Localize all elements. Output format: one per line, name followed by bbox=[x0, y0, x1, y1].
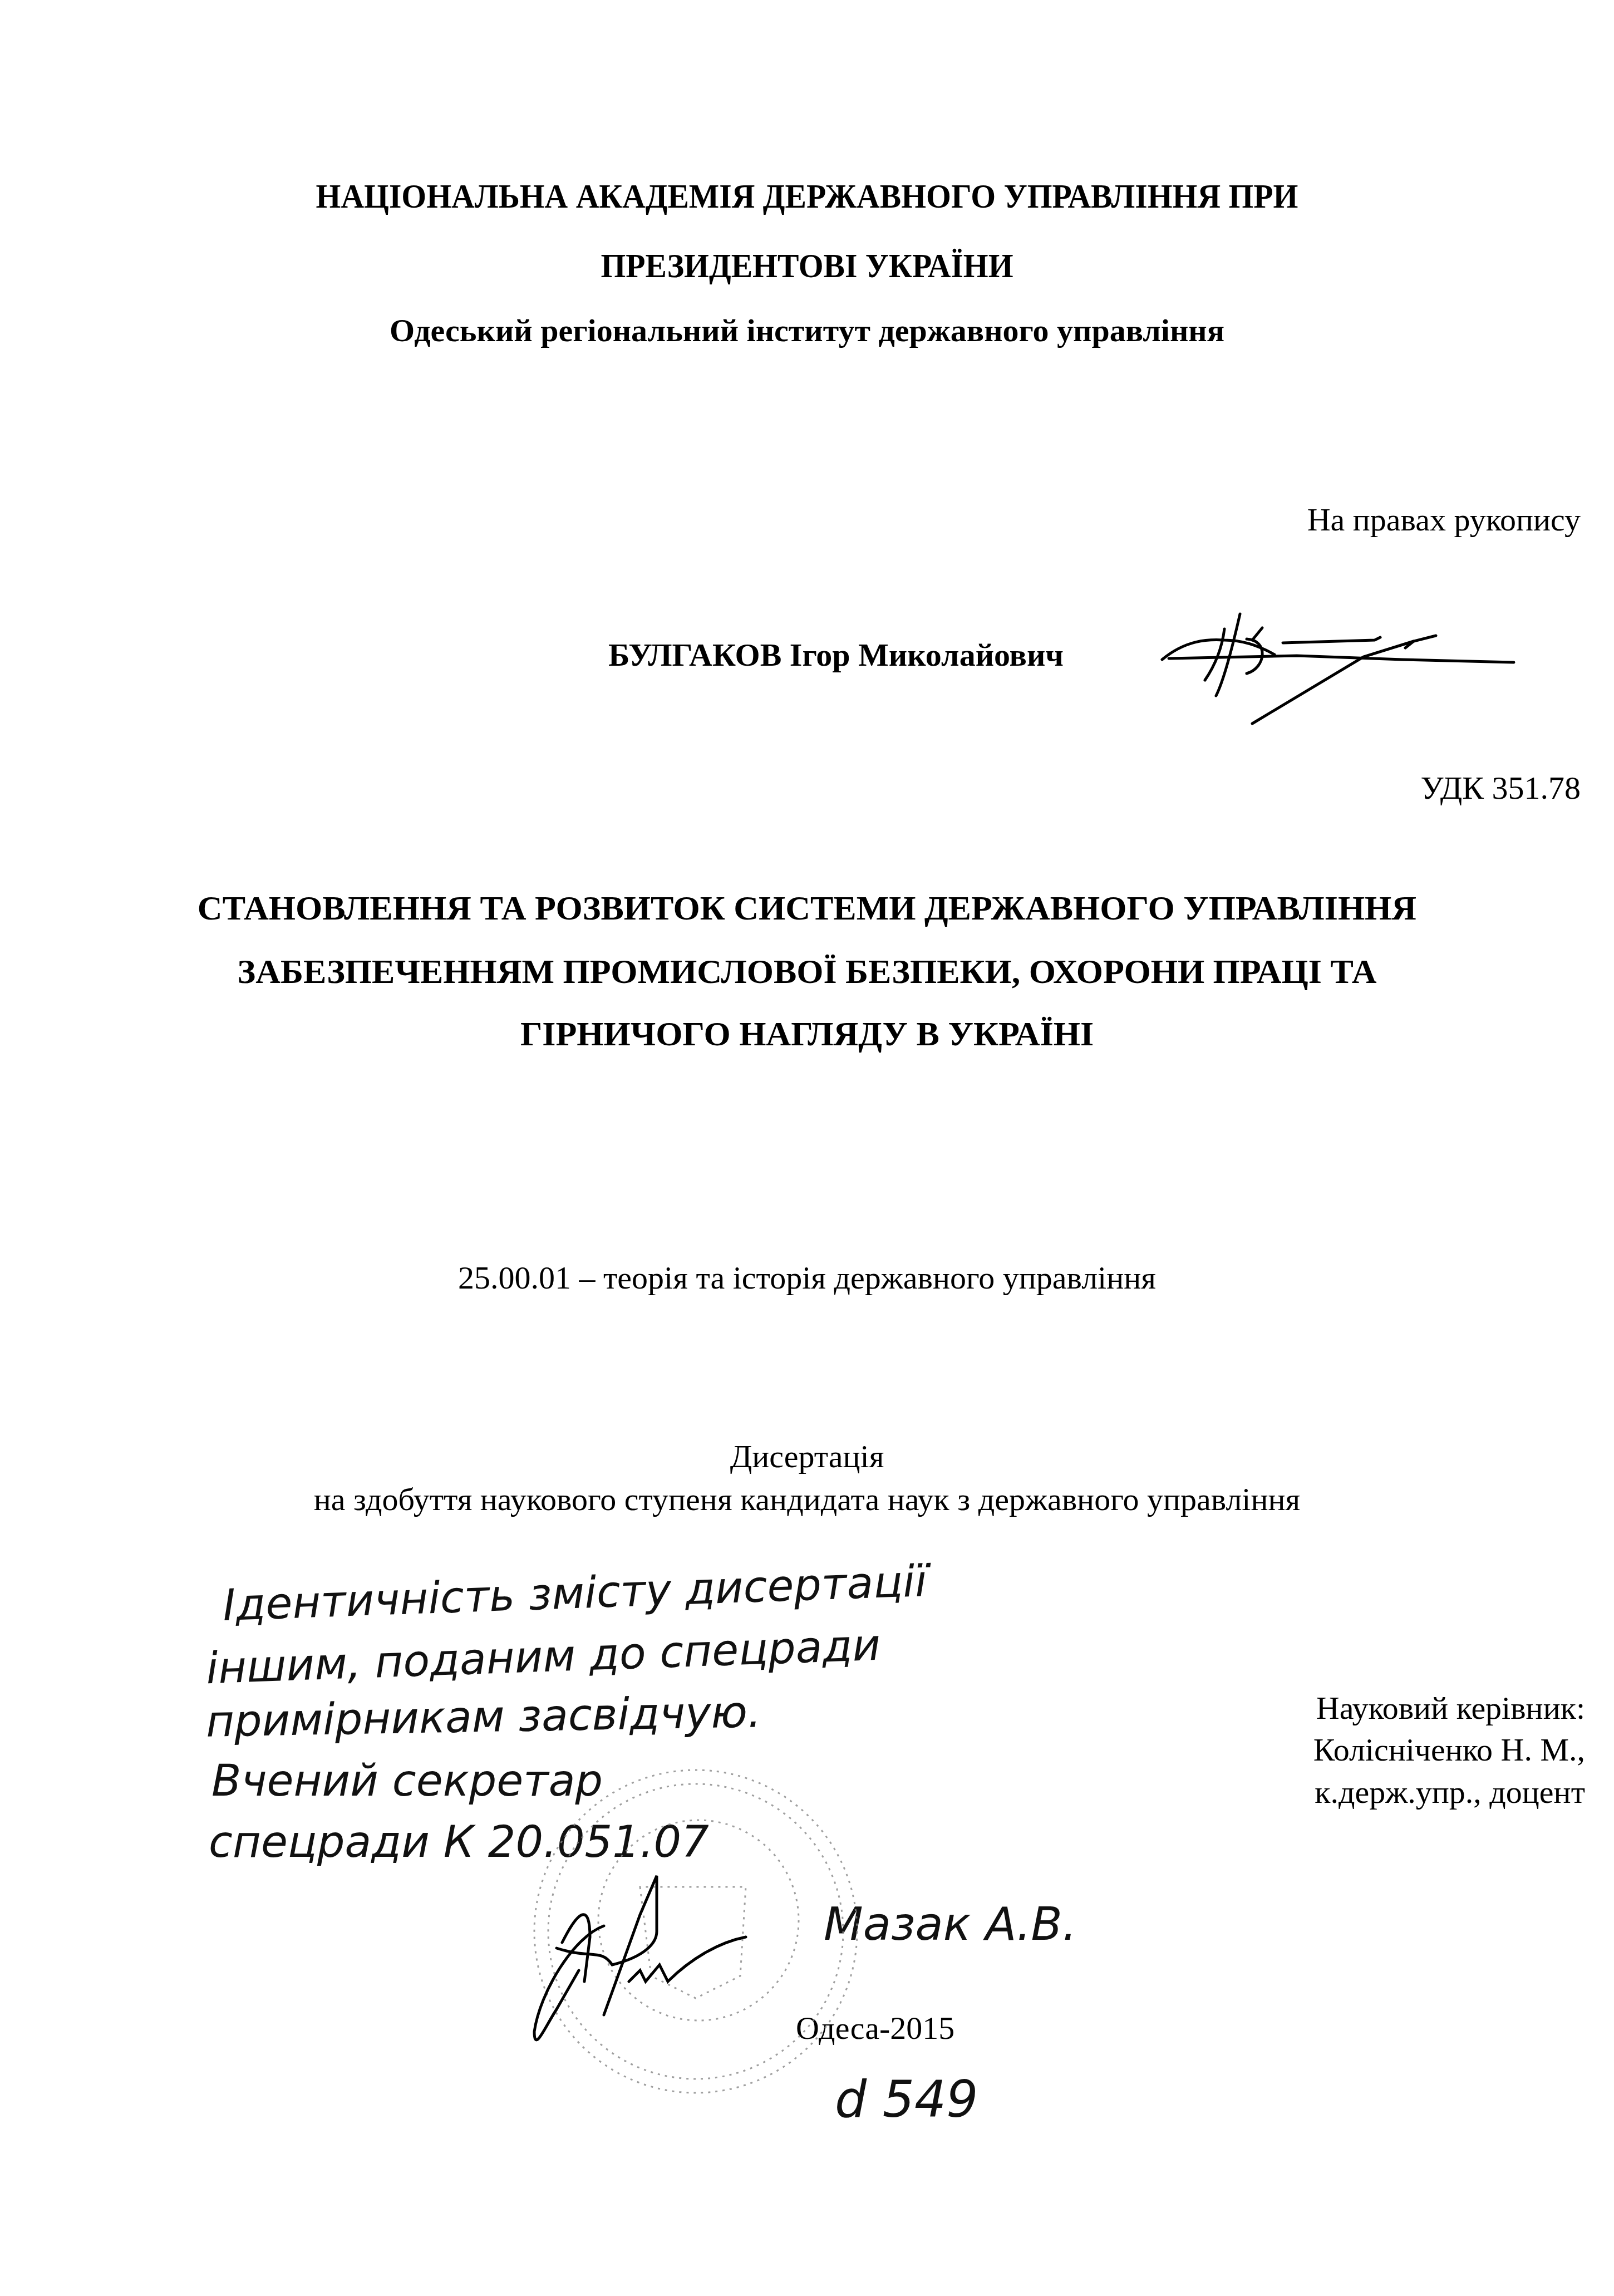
manuscript-note: На правах рукопису bbox=[1307, 501, 1581, 538]
handwritten-line-5: спецради К 20.051.07 bbox=[209, 1817, 709, 1867]
archive-number: d 549 bbox=[835, 2071, 978, 2129]
secretary-signature-icon bbox=[534, 1876, 746, 2040]
supervisor-label: Науковий керівник: bbox=[1316, 1689, 1585, 1727]
academy-name-line-1: НАЦІОНАЛЬНА АКАДЕМІЯ ДЕРЖАВНОГО УПРАВЛІН… bbox=[57, 177, 1558, 217]
author-name: БУЛГАКОВ Ігор Миколайович bbox=[608, 637, 1064, 673]
supervisor-name: Колісніченко Н. М., bbox=[1313, 1731, 1585, 1768]
academy-name-line-2: ПРЕЗИДЕНТОВІ УКРАЇНИ bbox=[57, 247, 1558, 286]
handwritten-signer-name: Мазак А.В. bbox=[824, 1898, 1077, 1951]
handwritten-line-1: Ідентичність змісту дисертації bbox=[222, 1556, 928, 1631]
city-year: Одеса-2015 bbox=[796, 2009, 954, 2047]
udc-code: УДК 351.78 bbox=[1421, 769, 1581, 807]
handwritten-line-4: Вчений секретар bbox=[211, 1756, 603, 1806]
degree-purpose: на здобуття наукового ступеня кандидата … bbox=[0, 1481, 1614, 1518]
handwritten-line-3: примірникам засвідчую. bbox=[205, 1687, 761, 1747]
author-signature-icon bbox=[1162, 614, 1514, 724]
supervisor-degree: к.держ.упр., доцент bbox=[1315, 1773, 1585, 1811]
dissertation-title-line-2: ЗАБЕЗПЕЧЕННЯМ ПРОМИСЛОВОЇ БЕЗПЕКИ, ОХОРО… bbox=[0, 952, 1614, 992]
work-type: Дисертація bbox=[0, 1438, 1614, 1475]
dissertation-title-line-3: ГІРНИЧОГО НАГЛЯДУ В УКРАЇНІ bbox=[0, 1015, 1614, 1054]
handwritten-line-2: іншим, поданим до спецради bbox=[205, 1620, 882, 1694]
specialty-code: 25.00.01 – теорія та історія державного … bbox=[0, 1259, 1614, 1296]
dissertation-title-line-1: СТАНОВЛЕННЯ ТА РОЗВИТОК СИСТЕМИ ДЕРЖАВНО… bbox=[0, 889, 1614, 928]
author-line: БУЛГАКОВ Ігор Миколайович bbox=[608, 636, 1064, 673]
institute-name: Одеський регіональний інститут державног… bbox=[0, 312, 1614, 349]
